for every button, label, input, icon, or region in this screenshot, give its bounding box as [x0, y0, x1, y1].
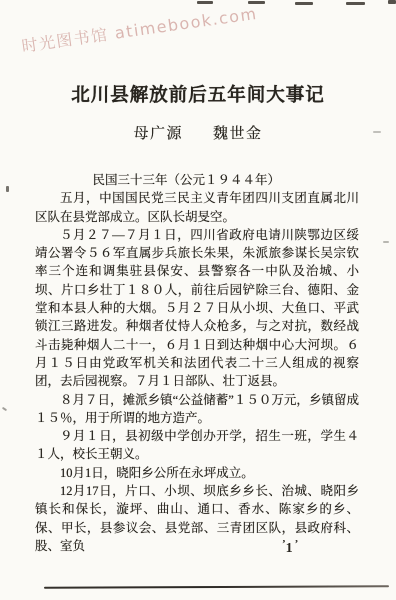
scan-artifact-speck [383, 241, 389, 243]
scan-artifact-speck [6, 186, 9, 192]
paragraph: ５月２７—７月１日，四川省政府电请川陕鄂边区绥靖公署令５６军直属步兵旅长朱果，朱… [35, 226, 359, 391]
scan-artifact-dash [295, 2, 313, 5]
page-number-value: 1 [286, 541, 295, 556]
paragraph: 10月1日，晓阳乡公所在永坪成立。 [35, 464, 359, 482]
paragraph: 五月，中国国民党三民主义青年团四川支团直属北川区队在县党部成立。区队长胡旻空。 [35, 189, 359, 226]
scan-artifact-speck [373, 131, 381, 133]
scan-edge-line [44, 585, 389, 589]
library-watermark: 时光图书馆 atimebook.com [20, 1, 259, 57]
scan-artifact-speck [2, 407, 7, 412]
page-number: ’1’ [282, 538, 298, 557]
page-title: 北川县解放前后五年间大事记 [0, 81, 396, 107]
paragraph: ９月１日，县初级中学创办开学，招生一班，学生４１人，校长王朝义。 [35, 427, 359, 464]
author-line: 母广源魏世金 [0, 122, 396, 143]
scanned-document-page: 时光图书馆 atimebook.com 北川县解放前后五年间大事记 母广源魏世金… [0, 0, 396, 600]
paragraph: ８月７日，摊派乡镇“公益储蓄”１５０万元，乡镇留成１５％，用于所谓的地方造产。 [35, 391, 359, 428]
scan-artifact-dash [197, 1, 213, 4]
scan-artifact-dash [346, 2, 365, 5]
author-name: 魏世金 [213, 126, 263, 142]
scan-artifact-dash [388, 0, 396, 4]
author-name: 母广源 [133, 126, 183, 142]
page-number-tick: ’ [295, 538, 299, 550]
era-heading: 民国三十三年（公元１９４４年） [35, 171, 359, 189]
article-body: 民国三十三年（公元１９４４年） 五月，中国国民党三民主义青年团四川支团直属北川区… [35, 171, 359, 555]
paragraph: 12月17日，片口、小坝、坝底乡乡长、治城、晓阳乡镇长和保长，漩坪、曲山、通口、… [35, 482, 359, 555]
